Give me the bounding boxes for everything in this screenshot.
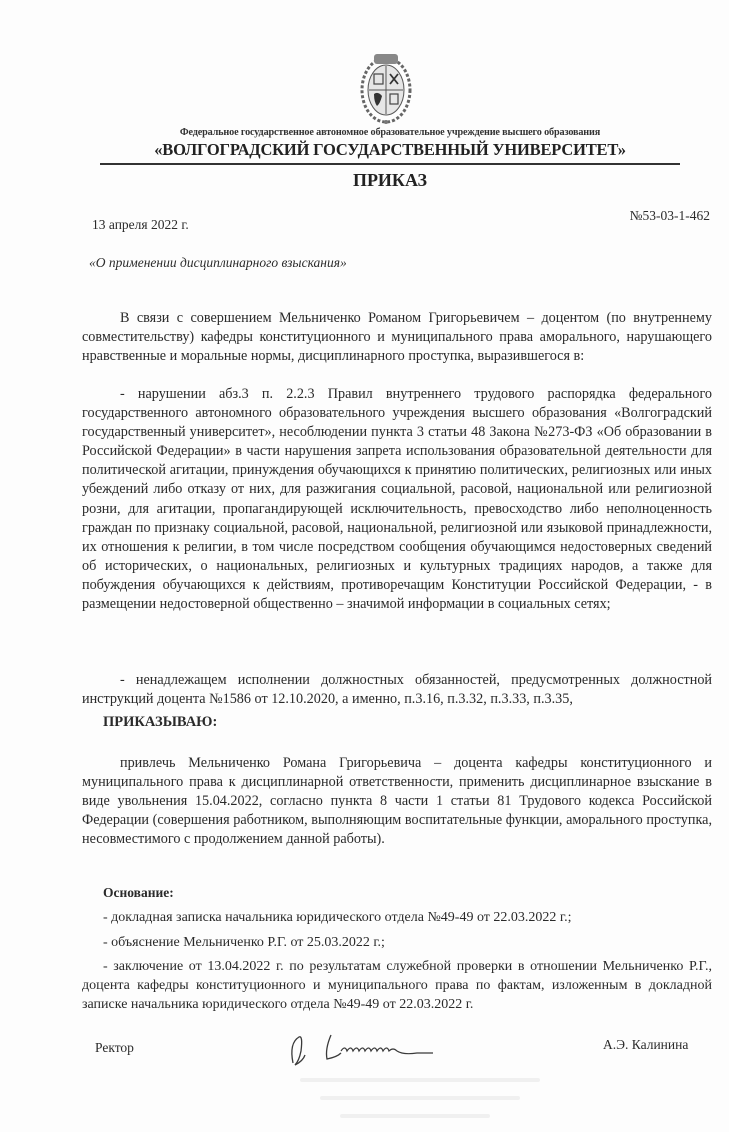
document-page: Федеральное государственное автономное о… [0, 0, 729, 1132]
order-paragraph: привлечь Мельниченко Романа Григорьевича… [82, 754, 712, 849]
basis-item: - докладная записка начальника юридическ… [103, 908, 571, 927]
violation-text-2: - ненадлежащем исполнении должностных об… [82, 671, 712, 709]
preamble-paragraph: В связи с совершением Мельниченко Романо… [82, 309, 712, 366]
bleed-through-mark [340, 1114, 490, 1118]
basis-heading: Основание: [103, 885, 174, 901]
preamble-text: В связи с совершением Мельниченко Романо… [82, 309, 712, 366]
order-text: привлечь Мельниченко Романа Григорьевича… [82, 754, 712, 849]
order-heading: ПРИКАЗЫВАЮ: [103, 714, 217, 731]
bleed-through-mark [300, 1078, 540, 1082]
organization-full-name: Федеральное государственное автономное о… [100, 127, 680, 138]
violation-text-1: - нарушении абз.3 п. 2.2.3 Правил внутре… [82, 385, 712, 614]
basis-item: - объяснение Мельниченко Р.Г. от 25.03.2… [103, 933, 385, 952]
document-title: ПРИКАЗ [100, 170, 680, 191]
header-divider [100, 163, 680, 165]
violation-paragraph-2: - ненадлежащем исполнении должностных об… [82, 671, 712, 709]
basis-item-text: - заключение от 13.04.2022 г. по результ… [82, 957, 712, 1014]
basis-item: - заключение от 13.04.2022 г. по результ… [82, 957, 712, 1014]
signatory-name: А.Э. Калинина [603, 1037, 688, 1053]
signatory-role: Ректор [95, 1040, 134, 1056]
university-name: «ВОЛГОГРАДСКИЙ ГОСУДАРСТВЕННЫЙ УНИВЕРСИТ… [100, 140, 680, 160]
order-date: 13 апреля 2022 г. [92, 217, 189, 233]
bleed-through-mark [320, 1096, 520, 1100]
order-number: №53-03-1-462 [600, 208, 710, 224]
order-subject: «О применении дисциплинарного взыскания» [89, 255, 347, 271]
violation-paragraph-1: - нарушении абз.3 п. 2.2.3 Правил внутре… [82, 385, 712, 614]
handwritten-signature [283, 1023, 483, 1073]
university-crest-icon [359, 44, 413, 126]
